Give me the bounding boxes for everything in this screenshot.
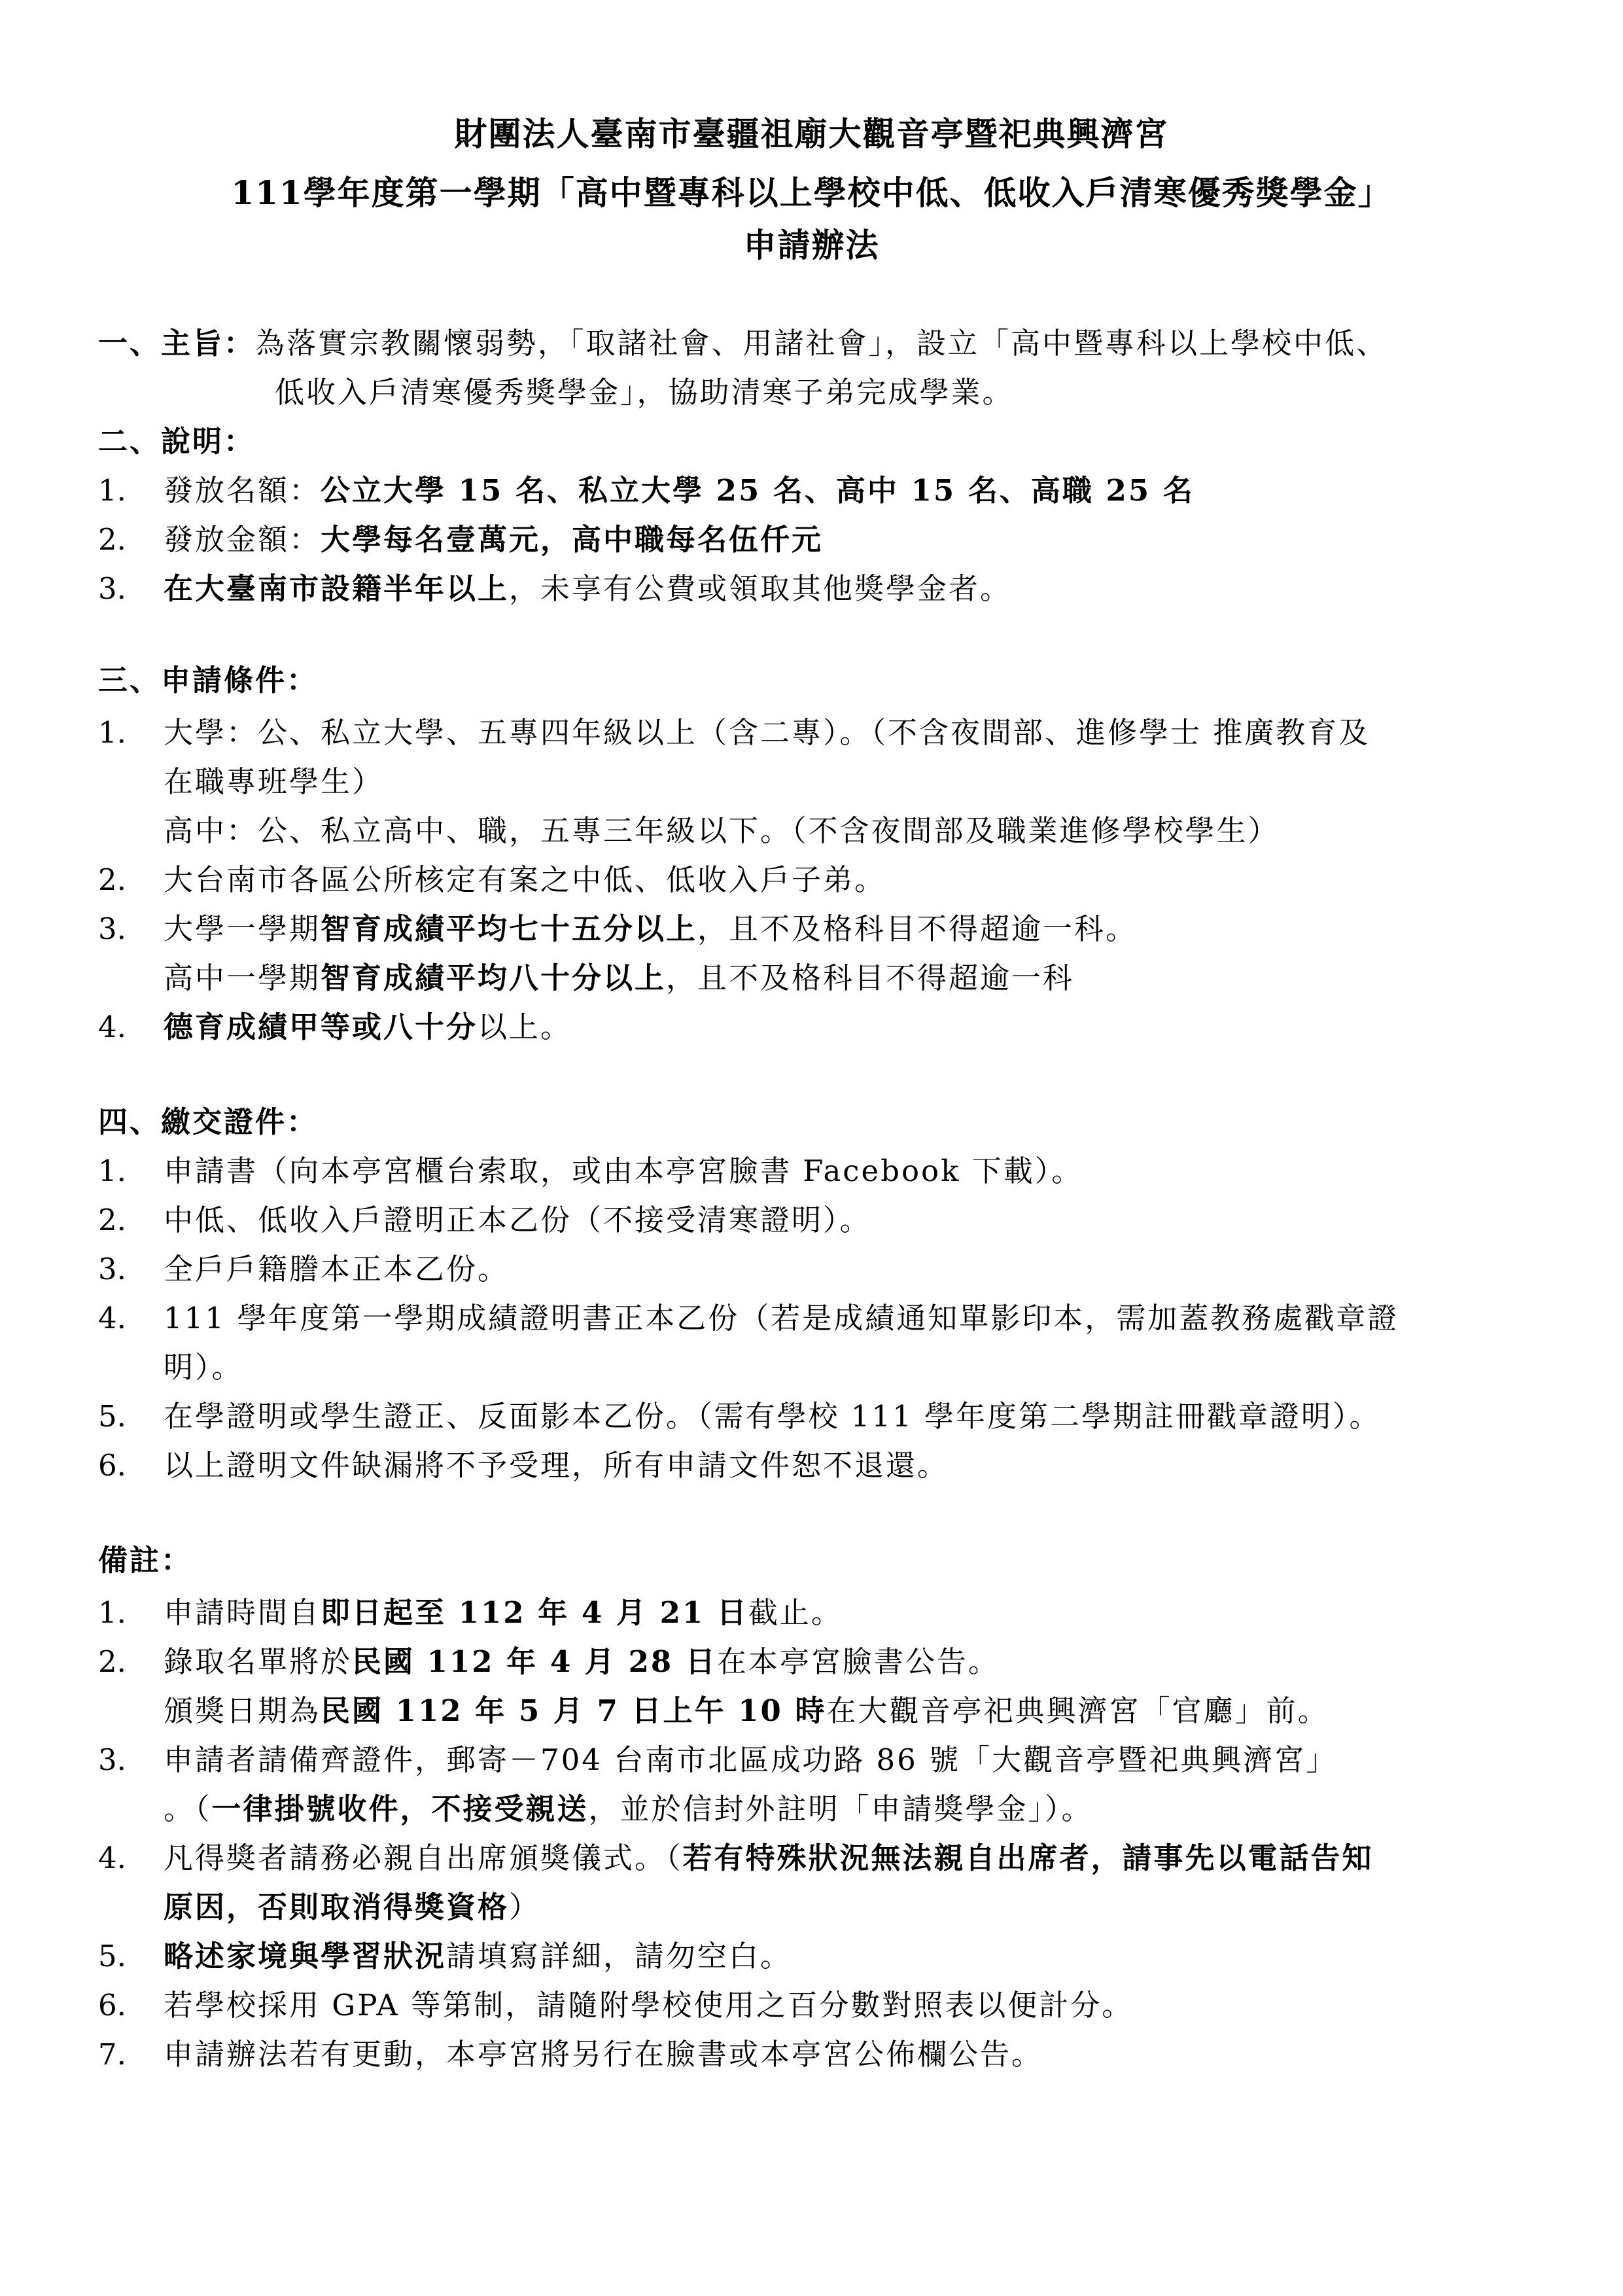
section-heading-documents: 四、繳交證件： xyxy=(98,1103,318,1142)
list-number: 3. xyxy=(98,1740,126,1780)
list-number: 2. xyxy=(98,1642,126,1682)
list-number: 5. xyxy=(98,1397,126,1436)
emphasis: 民國 112 年 4 月 28 日 xyxy=(352,1644,717,1679)
emphasis: 德育成績甲等或八十分 xyxy=(164,1010,478,1044)
text: 錄取名單將於 xyxy=(164,1644,352,1679)
text: 高中一學期 xyxy=(164,961,321,995)
list-number: 4. xyxy=(98,1839,126,1878)
list-number: 1. xyxy=(98,1593,126,1633)
eligibility-conduct: 德育成績甲等或八十分以上。 xyxy=(164,1008,572,1047)
note-attendance-continuation: 原因，否則取消得獎資格） xyxy=(164,1888,540,1927)
item-value: 大學每名壹萬元，高中職每名伍仟元 xyxy=(321,522,823,557)
note-ceremony: 頒獎日期為民國 112 年 5 月 7 日上午 10 時在大觀音亭祀典興濟宮「官… xyxy=(164,1691,1329,1731)
item-value: 公立大學 15 名、私立大學 25 名、高中 15 名、高職 25 名 xyxy=(321,473,1195,508)
item-emphasis: 在大臺南市設籍半年以上 xyxy=(164,571,509,606)
section-purpose: 一、主旨：為落實宗教關懷弱勢，「取諸社會、用諸社會」，設立「高中暨專科以上學校中… xyxy=(98,324,1387,363)
purpose-text-line2: 低收入戶清寒優秀獎學金」，協助清寒子弟完成學業。 xyxy=(275,373,1014,412)
purpose-text-line1: 為落實宗教關懷弱勢，「取諸社會、用諸社會」，設立「高中暨專科以上學校中低、 xyxy=(255,326,1387,361)
text: ） xyxy=(509,1890,540,1924)
emphasis: 即日起至 112 年 4 月 21 日 xyxy=(321,1595,748,1630)
emphasis: 智育成績平均八十分以上 xyxy=(321,961,666,995)
emphasis: 民國 112 年 5 月 7 日上午 10 時 xyxy=(321,1693,827,1728)
document-item: 在學證明或學生證正、反面影本乙份。（需有學校 111 學年度第二學期註冊戳章證明… xyxy=(164,1397,1381,1436)
note-gpa: 若學校採用 GPA 等第制，請隨附學校使用之百分數對照表以便計分。 xyxy=(164,1986,1133,2025)
list-number: 1. xyxy=(98,1152,126,1191)
section-heading-description: 二、說明： xyxy=(98,422,255,461)
list-number: 5. xyxy=(98,1937,126,1976)
list-number: 2. xyxy=(98,520,126,559)
document-item: 以上證明文件缺漏將不予受理，所有申請文件恕不退還。 xyxy=(164,1446,949,1485)
note-mailing-address: 申請者請備齊證件，郵寄－704 台南市北區成功路 86 號「大觀音亭暨祀典興濟宮… xyxy=(164,1740,1337,1780)
list-number: 2. xyxy=(98,860,126,900)
document-item: 中低、低收入戶證明正本乙份（不接受清寒證明）。 xyxy=(164,1201,871,1240)
eligibility-highschool: 高中：公、私立高中、職，五專三年級以下。（不含夜間部及職業進修學校學生） xyxy=(164,811,1280,851)
section-heading-notes: 備註： xyxy=(98,1541,192,1580)
note-mailing-instructions: 。（一律掛號收件，不接受親送，並於信封外註明「申請獎學金」）。 xyxy=(164,1790,1093,1829)
list-number: 4. xyxy=(98,1008,126,1047)
text: 在大觀音亭祀典興濟宮「官廳」前。 xyxy=(827,1693,1329,1728)
list-number: 2. xyxy=(98,1201,126,1240)
title-document-type: 申請辦法 xyxy=(0,226,1623,265)
emphasis: 若有特殊狀況無法親自出席者，請事先以電話告知 xyxy=(683,1841,1374,1875)
item-label: 發放金額： xyxy=(164,522,321,557)
list-number: 4. xyxy=(98,1299,126,1338)
emphasis: 智育成績平均七十五分以上 xyxy=(321,911,697,946)
text: 凡得獎者請務必親自出席頒獎儀式。（ xyxy=(164,1841,683,1875)
text: 截止。 xyxy=(748,1595,843,1630)
list-item-amount: 發放金額：大學每名壹萬元，高中職每名伍仟元 xyxy=(164,520,823,559)
text: ，且不及格科目不得超逾一科 xyxy=(666,961,1074,995)
list-number: 6. xyxy=(98,1446,126,1485)
title-organization: 財團法人臺南市臺疆祖廟大觀音亭暨祀典興濟宮 xyxy=(0,115,1623,154)
text: 申請時間自 xyxy=(164,1595,321,1630)
list-number: 1. xyxy=(98,713,126,752)
eligibility-university-line1: 大學：公、私立大學、五專四年級以上（含二專）。（不含夜間部、進修學士 推廣教育及 xyxy=(164,713,1370,752)
eligibility-university-line2: 在職專班學生） xyxy=(164,762,383,802)
list-item-residency: 在大臺南市設籍半年以上，未享有公費或領取其他獎學金者。 xyxy=(164,569,1011,609)
document-item: 申請書（向本亭宮櫃台索取，或由本亭宮臉書 Facebook 下載）。 xyxy=(164,1152,1083,1191)
list-number: 1. xyxy=(98,471,126,510)
document-item-continuation: 明）。 xyxy=(164,1348,243,1387)
document-item: 111 學年度第一學期成績證明書正本乙份（若是成績通知單影印本，需加蓋教務處戳章… xyxy=(164,1299,1399,1338)
text: 請填寫詳細，請勿空白。 xyxy=(446,1939,792,1973)
emphasis: 一律掛號收件，不接受親送 xyxy=(212,1792,589,1826)
note-attendance: 凡得獎者請務必親自出席頒獎儀式。（若有特殊狀況無法親自出席者，請事先以電話告知 xyxy=(164,1839,1374,1878)
text: 頒獎日期為 xyxy=(164,1693,321,1728)
item-text: ，未享有公費或領取其他獎學金者。 xyxy=(509,571,1011,606)
section-heading-purpose: 一、主旨： xyxy=(98,326,255,361)
eligibility-low-income: 大台南市各區公所核定有案之中低、低收入戶子弟。 xyxy=(164,860,886,900)
list-number: 3. xyxy=(98,910,126,949)
eligibility-grades-highschool: 高中一學期智育成績平均八十分以上，且不及格科目不得超逾一科 xyxy=(164,959,1074,998)
title-program: 111學年度第一學期「高中暨專科以上學校中低、低收入戶清寒優秀獎學金」 xyxy=(0,173,1623,213)
list-item-quota: 發放名額：公立大學 15 名、私立大學 25 名、高中 15 名、高職 25 名 xyxy=(164,471,1195,510)
emphasis: 原因，否則取消得獎資格 xyxy=(164,1890,509,1924)
eligibility-grades-university: 大學一學期智育成績平均七十五分以上，且不及格科目不得超逾一科。 xyxy=(164,910,1137,949)
item-label: 發放名額： xyxy=(164,473,321,508)
list-number: 3. xyxy=(98,1250,126,1289)
list-number: 6. xyxy=(98,1986,126,2025)
text: 大學一學期 xyxy=(164,911,321,946)
list-number: 7. xyxy=(98,2035,126,2074)
note-changes: 申請辦法若有更動，本亭宮將另行在臉書或本亭宮公佈欄公告。 xyxy=(164,2035,1043,2074)
document-page: 財團法人臺南市臺疆祖廟大觀音亭暨祀典興濟宮 111學年度第一學期「高中暨專科以上… xyxy=(0,0,1623,2296)
note-announcement: 錄取名單將於民國 112 年 4 月 28 日在本亭宮臉書公告。 xyxy=(164,1642,1000,1682)
note-family-description: 略述家境與學習狀況請填寫詳細，請勿空白。 xyxy=(164,1937,792,1976)
document-item: 全戶戶籍謄本正本乙份。 xyxy=(164,1250,509,1289)
emphasis: 略述家境與學習狀況 xyxy=(164,1939,446,1973)
text: 以上。 xyxy=(478,1010,572,1044)
section-heading-eligibility: 三、申請條件： xyxy=(98,661,318,700)
text: 。（ xyxy=(164,1792,212,1826)
text: 在本亭宮臉書公告。 xyxy=(717,1644,1000,1679)
list-number: 3. xyxy=(98,569,126,609)
note-deadline: 申請時間自即日起至 112 年 4 月 21 日截止。 xyxy=(164,1593,843,1633)
text: ，並於信封外註明「申請獎學金」）。 xyxy=(589,1792,1093,1826)
text: ，且不及格科目不得超逾一科。 xyxy=(697,911,1137,946)
